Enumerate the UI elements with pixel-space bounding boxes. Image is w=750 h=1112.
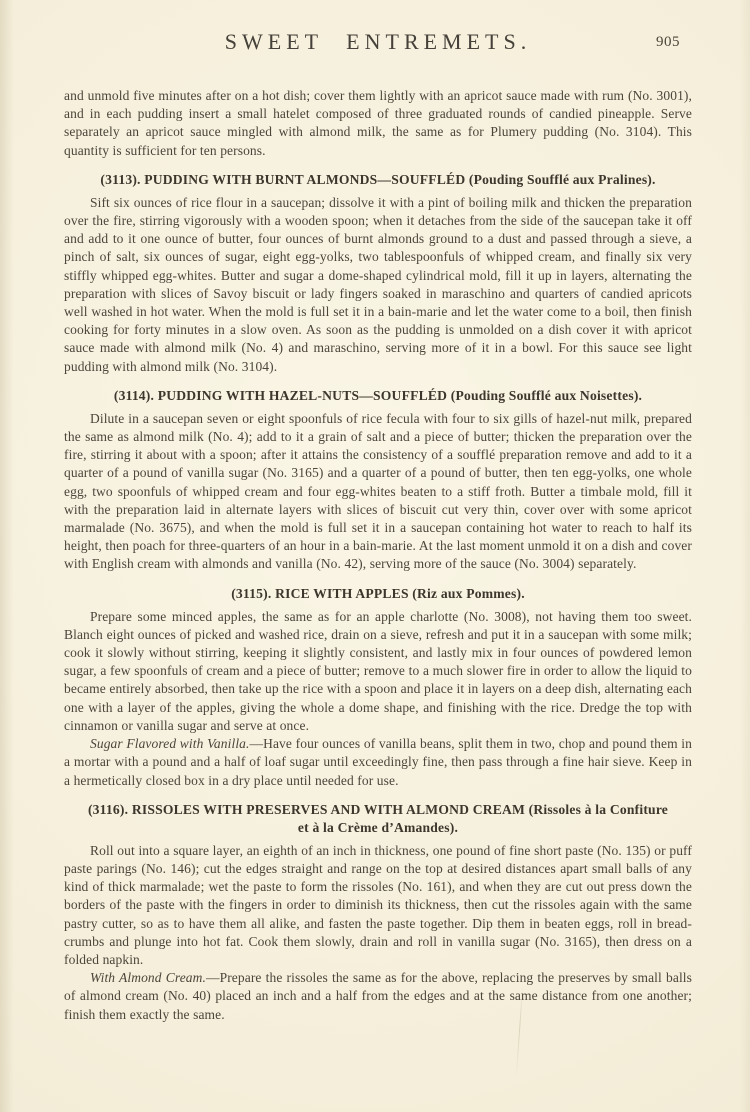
page-text-block: and unmold five minutes after on a hot d… [64,87,692,1024]
page-number: 905 [656,34,680,51]
sub-recipe-lead: With Almond Cream. [90,970,206,985]
section-heading: (3116). RISSOLES WITH PRESERVES AND WITH… [82,801,674,837]
recipe-section-3115: (3115). RICE WITH APPLES (Riz aux Pommes… [64,585,692,790]
recipe-section-3116: (3116). RISSOLES WITH PRESERVES AND WITH… [64,801,692,1024]
section-heading: (3113). PUDDING WITH BURNT ALMONDS—SOUFF… [82,171,674,189]
recipe-paragraph: Roll out into a square layer, an eighth … [64,842,692,969]
recipe-section-3114: (3114). PUDDING WITH HAZEL-NUTS—SOUFFLÉD… [64,387,692,574]
recipe-section-3113: (3113). PUDDING WITH BURNT ALMONDS—SOUFF… [64,171,692,376]
running-head-title: SWEET ENTREMETS. [64,30,692,54]
recipe-paragraph: Sift six ounces of rice flour in a sauce… [64,194,692,376]
recipe-paragraph: Dilute in a saucepan seven or eight spoo… [64,410,692,574]
running-head: SWEET ENTREMETS. 905 [64,30,692,56]
sub-recipe-paragraph: Sugar Flavored with Vanilla.—Have four o… [64,735,692,790]
sub-recipe-paragraph: With Almond Cream.—Prepare the rissoles … [64,969,692,1024]
section-heading: (3115). RICE WITH APPLES (Riz aux Pommes… [82,585,674,603]
sub-recipe-lead: Sugar Flavored with Vanilla. [90,736,250,751]
recipe-paragraph: Prepare some minced apples, the same as … [64,608,692,735]
continuation-paragraph: and unmold five minutes after on a hot d… [64,87,692,160]
book-page: SWEET ENTREMETS. 905 and unmold five min… [0,0,750,1112]
section-heading: (3114). PUDDING WITH HAZEL-NUTS—SOUFFLÉD… [82,387,674,405]
